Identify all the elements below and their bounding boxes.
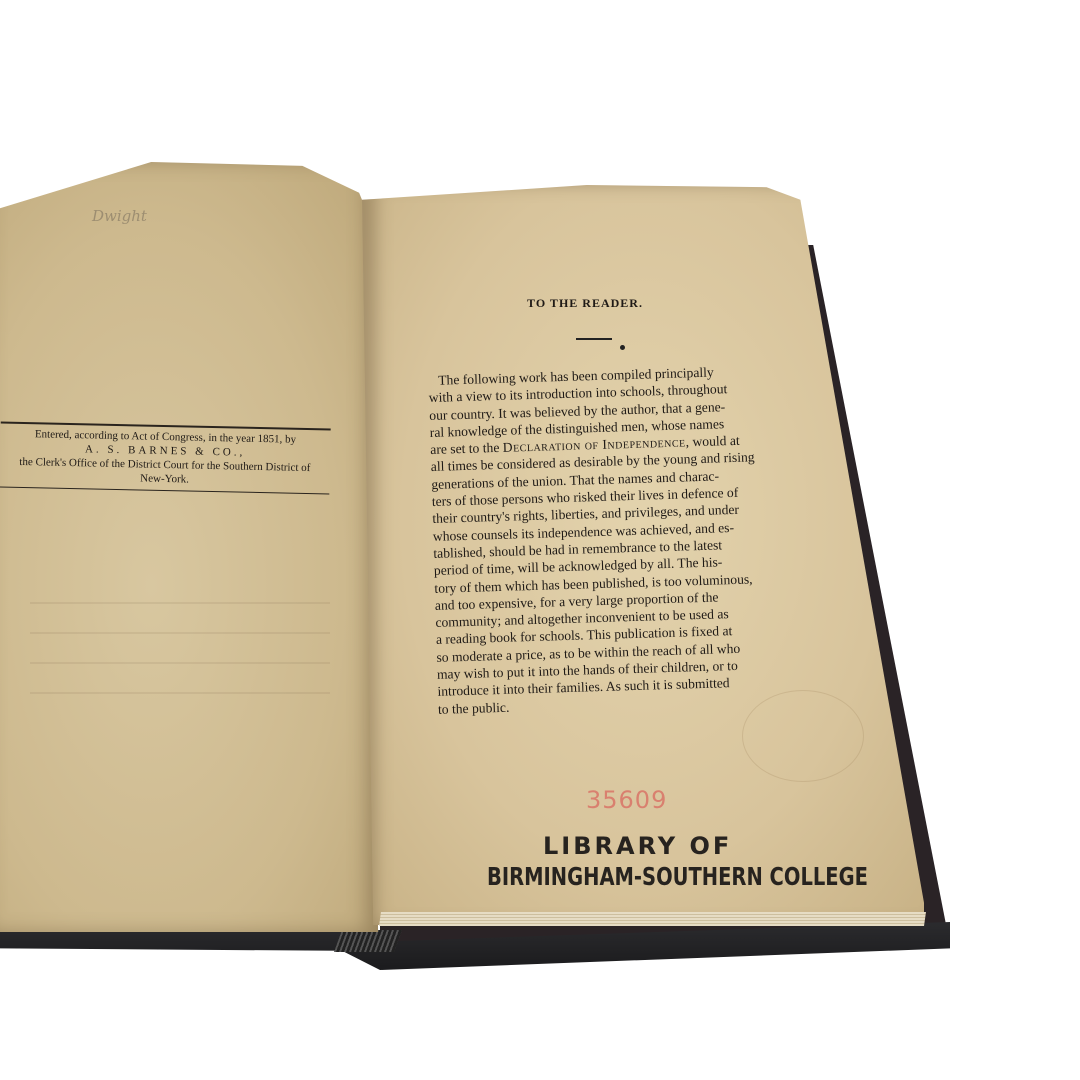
accession-number: 35609 — [586, 786, 667, 814]
book-photo: Dwight Entered, according to Act of Cong… — [0, 0, 1080, 1080]
text-fragment: , would at — [685, 433, 739, 450]
ornament-rule — [576, 338, 612, 340]
library-stamp-line2: BIRMINGHAM-SOUTHERN COLLEGE — [487, 862, 868, 891]
bleed-through-line — [30, 602, 330, 604]
page-edges — [379, 912, 926, 926]
library-stamp-line1: LIBRARY OF — [543, 832, 732, 860]
preface-text: The following work has been compiled pri… — [428, 360, 838, 718]
copyright-notice: Entered, according to Act of Congress, i… — [0, 422, 331, 498]
text-fragment: are set to the — [430, 440, 503, 457]
bleed-through-line — [30, 692, 330, 694]
page-title: TO THE READER. — [470, 296, 700, 311]
bleed-through-line — [30, 632, 330, 634]
bleed-through-line — [30, 662, 330, 664]
ornament-dot — [620, 345, 625, 350]
pencil-note: Dwight — [92, 207, 147, 225]
book-spine-ridges — [334, 930, 402, 952]
left-page — [0, 162, 378, 932]
